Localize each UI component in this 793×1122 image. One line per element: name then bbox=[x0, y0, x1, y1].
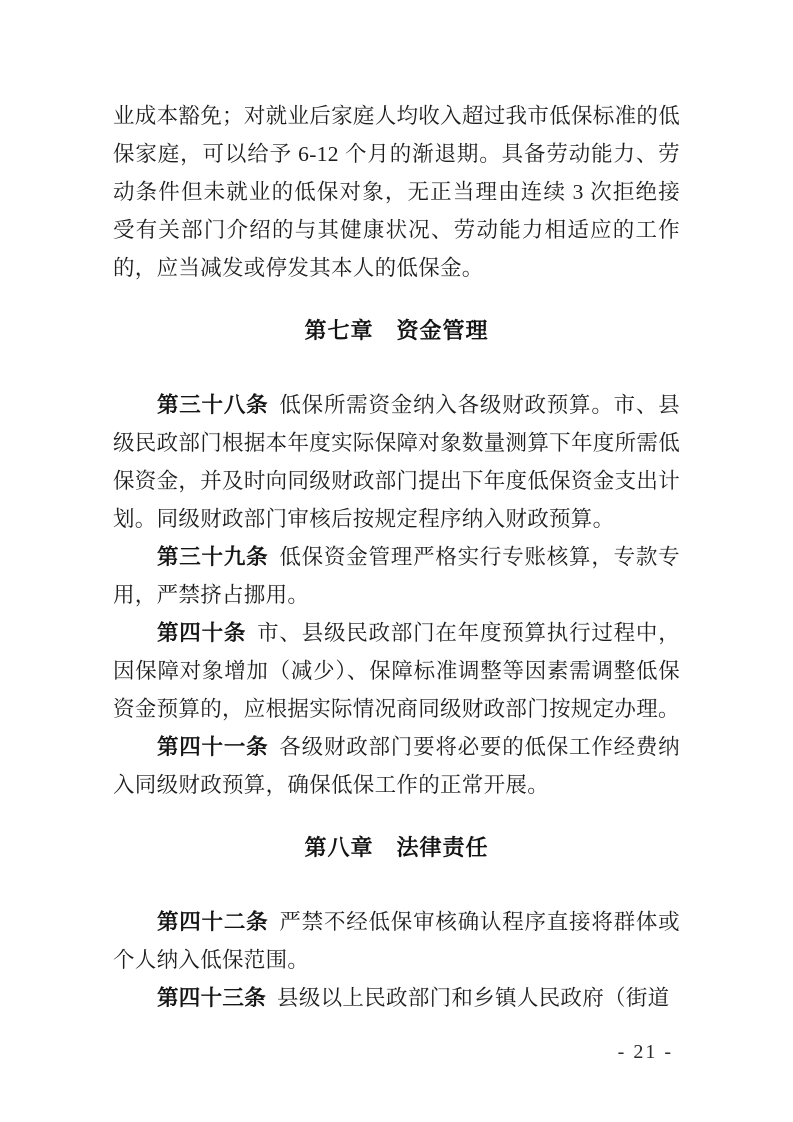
article-41-number: 第四十一条 bbox=[157, 735, 268, 759]
article-40-number: 第四十条 bbox=[157, 621, 246, 645]
article-38-number: 第三十八条 bbox=[157, 393, 268, 417]
chapter-8-heading: 第八章 法律责任 bbox=[113, 829, 680, 867]
article-43-paragraph: 第四十三条县级以上民政部门和乡镇人民政府（街道 bbox=[113, 979, 680, 1017]
article-43-text: 县级以上民政部门和乡镇人民政府（街道 bbox=[277, 986, 669, 1010]
continuation-paragraph: 业成本豁免；对就业后家庭人均收入超过我市低保标准的低保家庭，可以给予 6-12 … bbox=[113, 97, 680, 287]
article-38-paragraph: 第三十八条低保所需资金纳入各级财政预算。市、县级民政部门根据本年度实际保障对象数… bbox=[113, 386, 680, 538]
chapter-7-heading: 第七章 资金管理 bbox=[113, 312, 680, 350]
document-body: 业成本豁免；对就业后家庭人均收入超过我市低保标准的低保家庭，可以给予 6-12 … bbox=[113, 97, 680, 1017]
article-40-paragraph: 第四十条市、县级民政部门在年度预算执行过程中，因保障对象增加（减少）、保障标准调… bbox=[113, 614, 680, 728]
document-page: 业成本豁免；对就业后家庭人均收入超过我市低保标准的低保家庭，可以给予 6-12 … bbox=[0, 0, 793, 1122]
article-42-number: 第四十二条 bbox=[157, 910, 268, 934]
article-39-paragraph: 第三十九条低保资金管理严格实行专账核算，专款专用，严禁挤占挪用。 bbox=[113, 538, 680, 614]
page-number: - 21 - bbox=[618, 1041, 673, 1063]
article-42-paragraph: 第四十二条严禁不经低保审核确认程序直接将群体或个人纳入低保范围。 bbox=[113, 903, 680, 979]
article-41-paragraph: 第四十一条各级财政部门要将必要的低保工作经费纳入同级财政预算，确保低保工作的正常… bbox=[113, 728, 680, 804]
article-43-number: 第四十三条 bbox=[157, 986, 266, 1010]
article-39-number: 第三十九条 bbox=[157, 545, 268, 569]
